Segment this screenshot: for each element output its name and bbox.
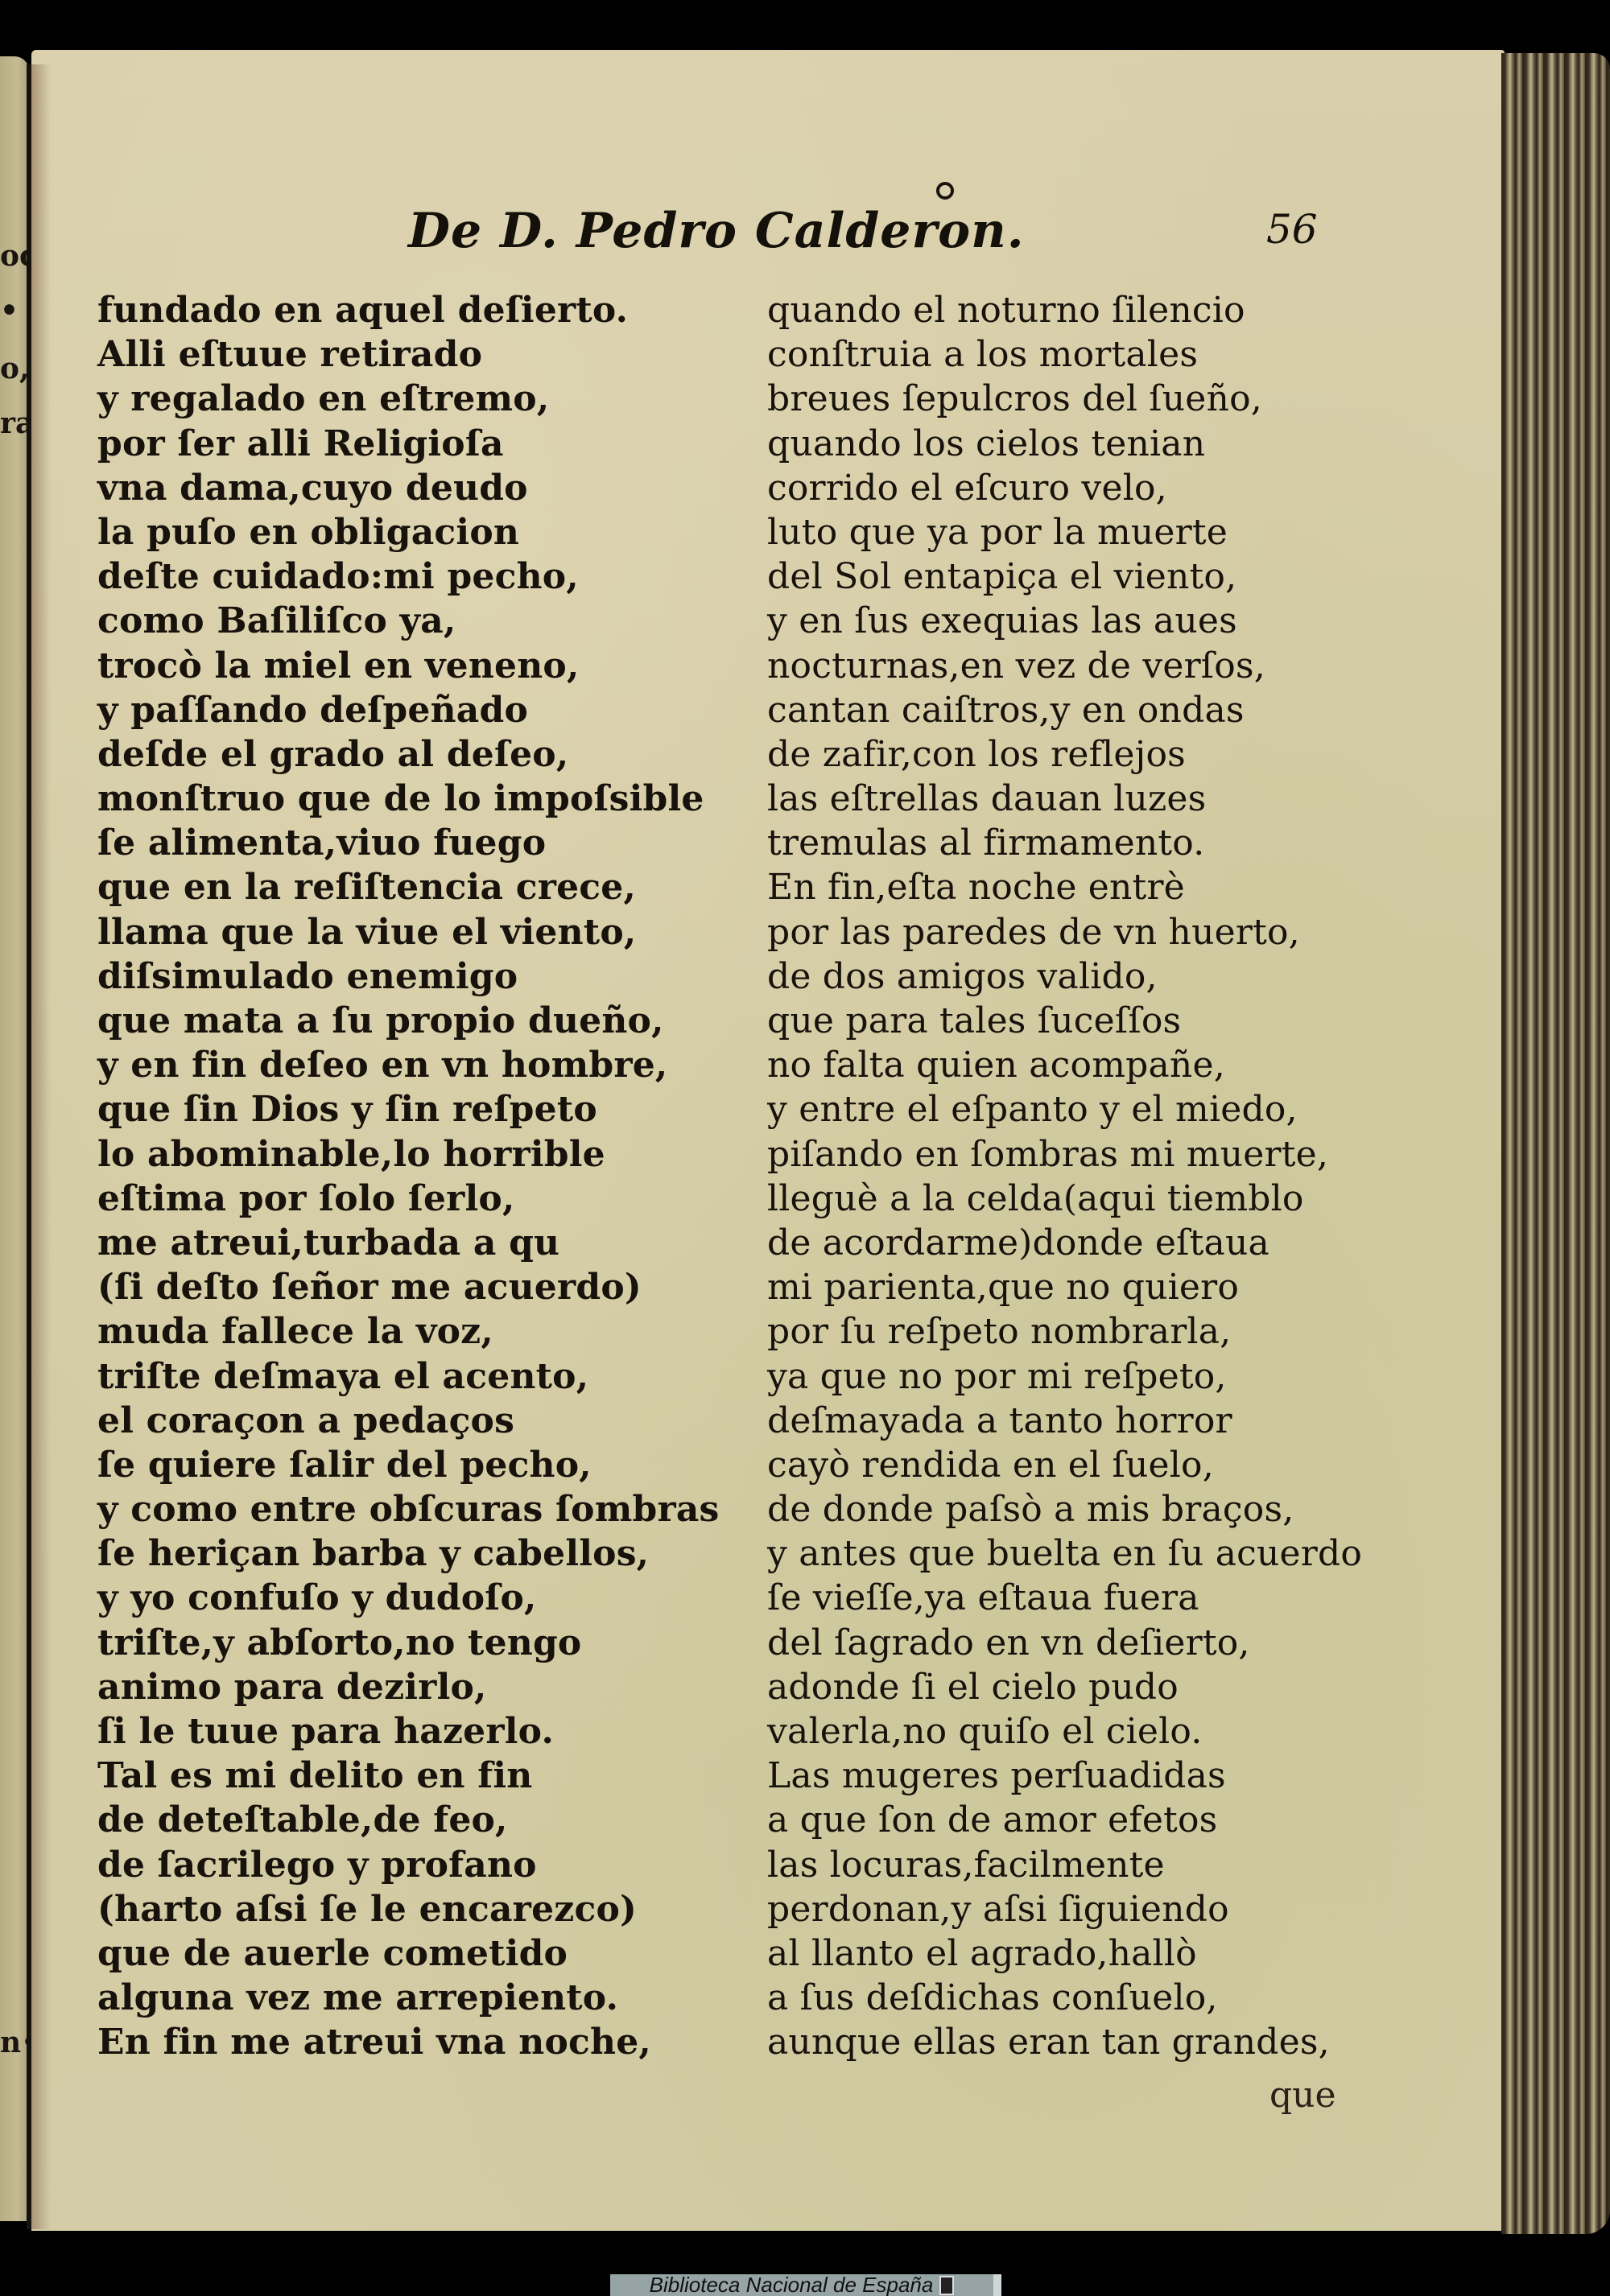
verse-line: y regalado en eſtremo, bbox=[97, 377, 720, 421]
verse-line: por las paredes de vn huerto, bbox=[767, 910, 1362, 954]
verse-line: cayò rendida en el ſuelo, bbox=[767, 1443, 1362, 1487]
verse-line: como Baſiliſco ya, bbox=[97, 599, 720, 643]
verse-line: las locuras,facilmente bbox=[767, 1843, 1362, 1887]
verse-line: no falta quien acompañe, bbox=[767, 1043, 1362, 1087]
page-edges-stack bbox=[1501, 53, 1610, 2234]
verse-line: alguna vez me arrepiento. bbox=[97, 1976, 720, 2020]
verse-line: y entre el eſpanto y el miedo, bbox=[767, 1087, 1362, 1132]
verse-line: las eſtrellas dauan luzes bbox=[767, 777, 1362, 821]
verse-line: y paſſando deſpeñado bbox=[97, 688, 720, 732]
verse-line: ya que no por mi reſpeto, bbox=[767, 1354, 1362, 1399]
verse-line: vna dama,cuyo deudo bbox=[97, 466, 720, 510]
verse-line: y como entre obſcuras ſombras bbox=[97, 1487, 720, 1531]
library-watermark-bar: Biblioteca Nacional de España bbox=[610, 2274, 1001, 2296]
verse-line: piſando en ſombras mi muerte, bbox=[767, 1132, 1362, 1177]
verse-line: lo abominable,lo horrible bbox=[97, 1132, 720, 1177]
verse-line: conſtruia a los mortales bbox=[767, 332, 1362, 377]
verse-line: quando los cielos tenian bbox=[767, 422, 1362, 466]
verse-line: deſmayada a tanto horror bbox=[767, 1399, 1362, 1443]
verse-line: de deteſtable,de feo, bbox=[97, 1798, 720, 1842]
verse-line: de donde paſsò a mis braços, bbox=[767, 1487, 1362, 1531]
verse-line: ſe alimenta,viuo fuego bbox=[97, 821, 720, 865]
verse-line: de acordarme)donde eſtaua bbox=[767, 1221, 1362, 1265]
verse-line: de ſacrilego y profano bbox=[97, 1843, 720, 1887]
verse-line: por ſu reſpeto nombrarla, bbox=[767, 1309, 1362, 1354]
library-watermark-text: Biblioteca Nacional de España bbox=[650, 2274, 934, 2296]
verse-line: triſte deſmaya el acento, bbox=[97, 1354, 720, 1399]
verse-line: deſde el grado al deſeo, bbox=[97, 732, 720, 777]
left-page-sliver: ocs•o,rasn• bbox=[0, 56, 29, 2221]
verse-line: y yo confuſo y dudoſo, bbox=[97, 1576, 720, 1620]
verse-line: que de auerle cometido bbox=[97, 1931, 720, 1976]
verse-line: ſi le tuue para hazerlo. bbox=[97, 1709, 720, 1754]
verse-line: la puſo en obligacion bbox=[97, 510, 720, 554]
verse-column-right: quando el noturno ſilencioconſtruia a lo… bbox=[767, 288, 1362, 2065]
verse-line: me atreui,turbada a qu bbox=[97, 1221, 720, 1265]
verse-line: (ſi deſto ſeñor me acuerdo) bbox=[97, 1265, 720, 1309]
verse-line: nocturnas,en vez de verſos, bbox=[767, 644, 1362, 688]
verse-line: mi parienta,que no quiero bbox=[767, 1265, 1362, 1309]
verse-line: a ſus deſdichas conſuelo, bbox=[767, 1976, 1362, 2020]
verse-line: luto que ya por la muerte bbox=[767, 510, 1362, 554]
page-number: 56 bbox=[1266, 206, 1318, 253]
verse-line: triſte,y abſorto,no tengo bbox=[97, 1621, 720, 1665]
verse-line: del Sol entapiça el viento, bbox=[767, 554, 1362, 599]
verse-line: monſtruo que de lo impoſsible bbox=[97, 777, 720, 821]
verse-line: que en la reſiſtencia crece, bbox=[97, 865, 720, 909]
verse-line: corrido el eſcuro velo, bbox=[767, 466, 1362, 510]
verse-line: En fin,eſta noche entrè bbox=[767, 865, 1362, 909]
verse-line: al llanto el agrado,hallò bbox=[767, 1931, 1362, 1976]
verse-line: de dos amigos valido, bbox=[767, 954, 1362, 999]
verse-line: Alli eſtuue retirado bbox=[97, 332, 720, 377]
adjacent-page-fragment: o, bbox=[0, 354, 30, 383]
verse-line: de zafir,con los reflejos bbox=[767, 732, 1362, 777]
verse-line: (harto aſsi ſe le encarezco) bbox=[97, 1887, 720, 1931]
verse-line: el coraçon a pedaços bbox=[97, 1399, 720, 1443]
verse-line: y antes que buelta en ſu acuerdo bbox=[767, 1531, 1362, 1576]
verse-line: deſte cuidado:mi pecho, bbox=[97, 554, 720, 599]
verse-line: fundado en aquel deſierto. bbox=[97, 288, 720, 332]
verse-line: ſe heriçan barba y cabellos, bbox=[97, 1531, 720, 1576]
verse-line: breues ſepulcros del ſueño, bbox=[767, 377, 1362, 421]
verse-line: que ſin Dios y ſin reſpeto bbox=[97, 1087, 720, 1132]
verse-line: eſtima por ſolo ſerlo, bbox=[97, 1177, 720, 1221]
verse-line: quando el noturno ſilencio bbox=[767, 288, 1362, 332]
verse-line: diſsimulado enemigo bbox=[97, 954, 720, 999]
verse-line: perdonan,y aſsi ſiguiendo bbox=[767, 1887, 1362, 1931]
verse-line: que para tales ſuceſſos bbox=[767, 999, 1362, 1043]
verse-line: muda fallece la voz, bbox=[97, 1309, 720, 1354]
page-scan-viewer: ocs•o,rasn• De D. Pedro Calderon. 56 fun… bbox=[0, 0, 1610, 2296]
verse-line: Las mugeres perſuadidas bbox=[767, 1754, 1362, 1798]
verse-line: ſe vieſſe,ya eſtaua fuera bbox=[767, 1576, 1362, 1620]
verse-line: y en ſus exequias las aues bbox=[767, 599, 1362, 643]
verse-line: trocò la miel en veneno, bbox=[97, 644, 720, 688]
verse-line: llama que la viue el viento, bbox=[97, 910, 720, 954]
verse-line: a que ſon de amor efetos bbox=[767, 1798, 1362, 1842]
verse-line: cantan caiſtros,y en ondas bbox=[767, 688, 1362, 732]
catchword: que bbox=[1269, 2075, 1336, 2116]
book-page: De D. Pedro Calderon. 56 fundado en aque… bbox=[31, 50, 1505, 2231]
gutter-shadow bbox=[31, 64, 51, 2229]
verse-line: y en fin deſeo en vn hombre, bbox=[97, 1043, 720, 1087]
verse-line: por ſer alli Religioſa bbox=[97, 422, 720, 466]
verse-line: adonde ſi el cielo pudo bbox=[767, 1665, 1362, 1709]
verse-line: animo para dezirlo, bbox=[97, 1665, 720, 1709]
verse-line: ſe quiere ſalir del pecho, bbox=[97, 1443, 720, 1487]
verse-line: del ſagrado en vn deſierto, bbox=[767, 1621, 1362, 1665]
verse-line: lleguè a la celda(aqui tiemblo bbox=[767, 1177, 1362, 1221]
verse-line: Tal es mi delito en fin bbox=[97, 1754, 720, 1798]
verse-column-left: fundado en aquel deſierto.Alli eſtuue re… bbox=[97, 288, 720, 2065]
library-logo-icon bbox=[939, 2276, 954, 2295]
verse-line: aunque ellas eran tan grandes, bbox=[767, 2020, 1362, 2064]
verse-line: En fin me atreui vna noche, bbox=[97, 2020, 720, 2064]
verse-line: que mata a ſu propio dueño, bbox=[97, 999, 720, 1043]
running-head: De D. Pedro Calderon. bbox=[408, 203, 1025, 259]
verse-line: tremulas al firmamento. bbox=[767, 821, 1362, 865]
verse-line: valerla,no quiſo el cielo. bbox=[767, 1709, 1362, 1754]
ink-mark bbox=[936, 182, 954, 200]
adjacent-page-fragment: • bbox=[0, 296, 19, 325]
